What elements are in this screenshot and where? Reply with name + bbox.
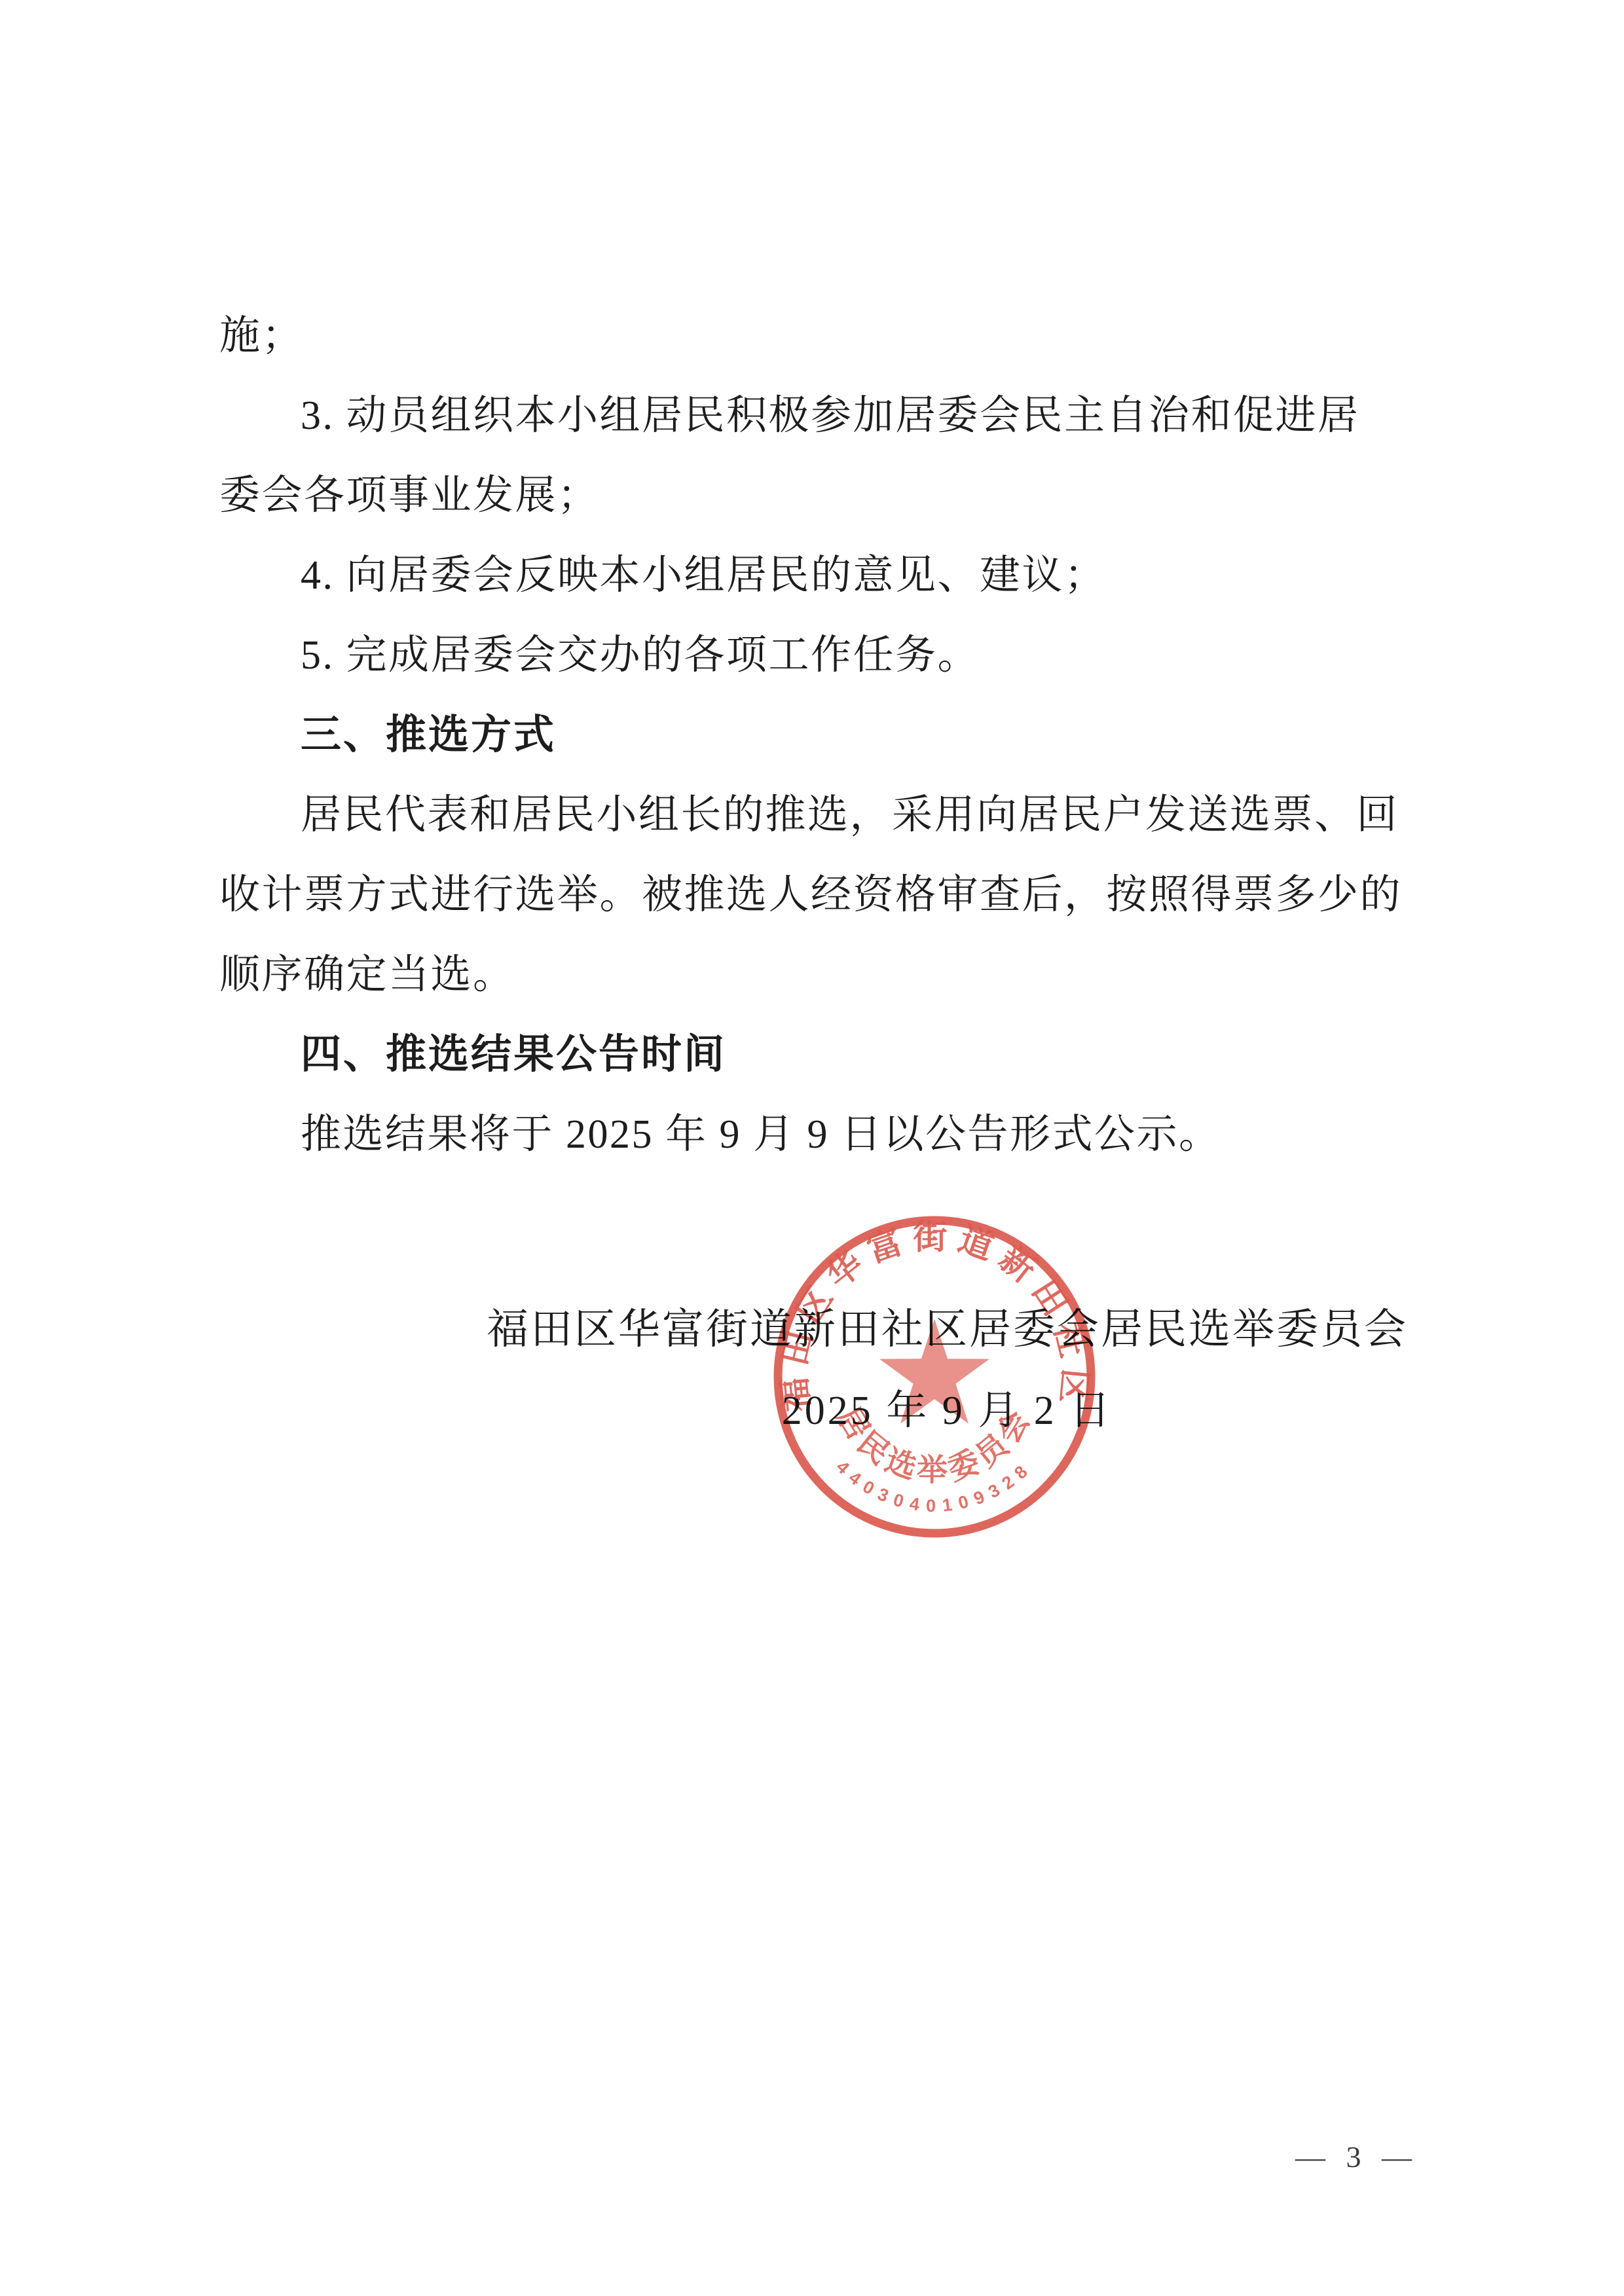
body-line: 3. 动员组织本小组居民积极参加居委会民主自治和促进居 (219, 394, 1418, 437)
svg-text:4403040109328: 4403040109328 (832, 1457, 1037, 1516)
page-number: — 3 — (1295, 2140, 1418, 2174)
body-line: 施； (219, 314, 1418, 357)
body-line: 收计票方式进行选举。被推选人经资格审查后，按照得票多少的 (219, 873, 1418, 917)
body-line: 委会各项事业发展； (219, 474, 1418, 517)
body-line: 顺序确定当选。 (219, 953, 1418, 996)
body-line: 推选结果将于 2025 年 9 月 9 日以公告形式公示。 (219, 1113, 1418, 1156)
body-line: 4. 向居委会反映本小组居民的意见、建议； (219, 554, 1418, 597)
section-heading: 三、推选方式 (219, 714, 1418, 757)
body-line: 居民代表和居民小组长的推选，采用向居民户发送选票、回 (219, 793, 1418, 837)
signature-block: 福田区华富街道新田社区居委会居民选举委员会 2025 年 9 月 2 日 (487, 1307, 1408, 1432)
body-line: 5. 完成居委会交办的各项工作任务。 (219, 634, 1418, 677)
document-page: 施； 3. 动员组织本小组居民积极参加居委会民主自治和促进居 委会各项事业发展；… (0, 0, 1624, 2296)
section-heading: 四、推选结果公告时间 (219, 1033, 1418, 1076)
seal-code-number: 4403040109328 (832, 1457, 1037, 1516)
signature-date: 2025 年 9 月 2 日 (487, 1389, 1408, 1432)
signature-committee-name: 福田区华富街道新田社区居委会居民选举委员会 (487, 1307, 1408, 1353)
